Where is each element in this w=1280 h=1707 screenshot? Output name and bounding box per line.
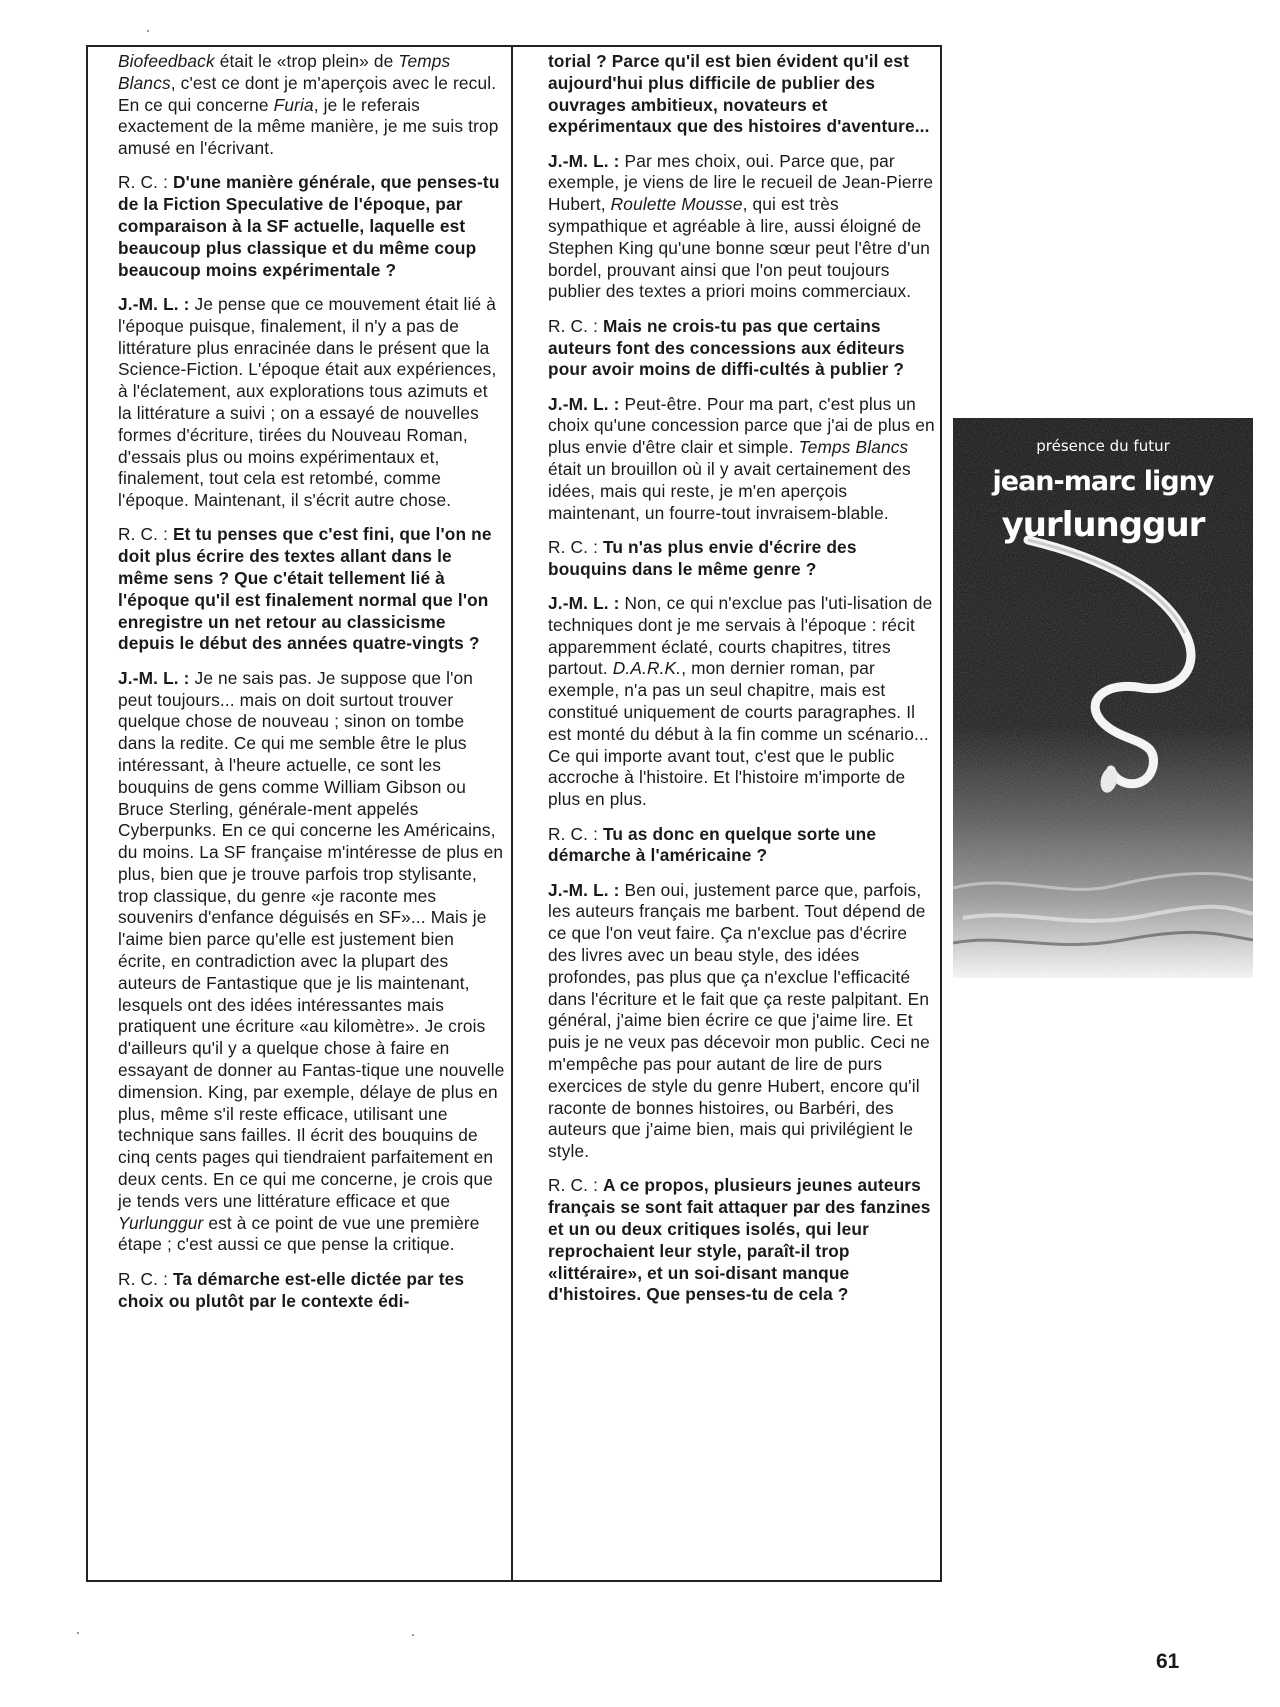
speaker-label: J.-M. L. : — [548, 593, 625, 613]
speaker-label: J.-M. L. : — [118, 668, 195, 688]
question-text: Et tu penses que c'est fini, que l'on ne… — [118, 524, 492, 653]
speaker-label: J.-M. L. : — [548, 151, 625, 171]
title-reference: Furia — [274, 95, 314, 115]
title-reference: Temps Blancs — [799, 437, 909, 457]
interview-question: R. C. : A ce propos, plusieurs jeunes au… — [548, 1175, 938, 1306]
title-reference: D.A.R.K. — [613, 658, 681, 678]
answer-text: était un brouillon où il y avait certain… — [548, 459, 911, 523]
answer-text: Je pense que ce mouvement était lié à l'… — [118, 294, 496, 510]
interview-question: R. C. : Mais ne crois-tu pas que certain… — [548, 316, 938, 381]
answer-text: Je ne sais pas. Je suppose que l'on peut… — [118, 668, 505, 1211]
title-reference: Yurlunggur — [118, 1213, 203, 1233]
column-divider — [511, 45, 513, 1582]
question-text: D'une manière générale, que penses-tu de… — [118, 172, 500, 279]
speaker-label: R. C. : — [548, 824, 603, 844]
answer-text: , mon dernier roman, par exemple, n'a pa… — [548, 658, 929, 809]
interview-question: R. C. : Tu n'as plus envie d'écrire des … — [548, 537, 938, 581]
title-reference: Roulette Mousse — [611, 194, 743, 214]
book-cover-image: présence du futur jean-marc ligny yurlun… — [953, 418, 1263, 988]
print-speck — [147, 30, 149, 32]
speaker-label: R. C. : — [118, 524, 173, 544]
interview-question: torial ? Parce qu'il est bien évident qu… — [548, 51, 938, 138]
speaker-label: R. C. : — [548, 1175, 603, 1195]
interview-answer: J.-M. L. : Non, ce qui n'exclue pas l'ut… — [548, 593, 938, 811]
cover-series-text: présence du futur — [1036, 437, 1170, 455]
interview-question: R. C. : Et tu penses que c'est fini, que… — [118, 524, 506, 655]
interview-question: R. C. : Ta démarche est-elle dictée par … — [118, 1269, 506, 1313]
interview-frame: Biofeedback était le «trop plein» de Tem… — [86, 45, 942, 1582]
answer-text: Ben oui, justement parce que, parfois, l… — [548, 880, 930, 1162]
serpent-illustration-icon: présence du futur jean-marc ligny yurlun… — [953, 418, 1263, 988]
speaker-label: R. C. : — [118, 172, 173, 192]
page-number: 61 — [1156, 1650, 1179, 1674]
interview-question: R. C. : D'une manière générale, que pens… — [118, 172, 506, 281]
speaker-label: R. C. : — [548, 537, 603, 557]
interview-answer: J.-M. L. : Je ne sais pas. Je suppose qu… — [118, 668, 506, 1257]
cover-author-text: jean-marc ligny — [992, 466, 1215, 497]
interview-question: R. C. : Tu as donc en quelque sorte une … — [548, 824, 938, 868]
cover-title-text: yurlunggur — [1002, 505, 1206, 545]
interview-answer: J.-M. L. : Ben oui, justement parce que,… — [548, 880, 938, 1163]
speaker-label: R. C. : — [118, 1269, 173, 1289]
speaker-label: R. C. : — [548, 316, 603, 336]
speaker-label: J.-M. L. : — [118, 294, 195, 314]
print-speck — [77, 1632, 79, 1634]
interview-answer: J.-M. L. : Par mes choix, oui. Parce que… — [548, 151, 938, 304]
right-column: torial ? Parce qu'il est bien évident qu… — [548, 47, 938, 1319]
print-speck — [412, 1634, 414, 1636]
question-text: torial ? Parce qu'il est bien évident qu… — [548, 51, 930, 136]
interview-answer: J.-M. L. : Je pense que ce mouvement éta… — [118, 294, 506, 512]
interview-answer: Biofeedback était le «trop plein» de Tem… — [118, 51, 506, 160]
speaker-label: J.-M. L. : — [548, 880, 625, 900]
title-reference: Biofeedback — [118, 51, 215, 71]
speaker-label: J.-M. L. : — [548, 394, 625, 414]
left-column: Biofeedback était le «trop plein» de Tem… — [118, 47, 506, 1325]
interview-answer: J.-M. L. : Peut-être. Pour ma part, c'es… — [548, 394, 938, 525]
question-text: A ce propos, plusieurs jeunes auteurs fr… — [548, 1175, 931, 1304]
answer-text: était le «trop plein» de — [215, 51, 399, 71]
